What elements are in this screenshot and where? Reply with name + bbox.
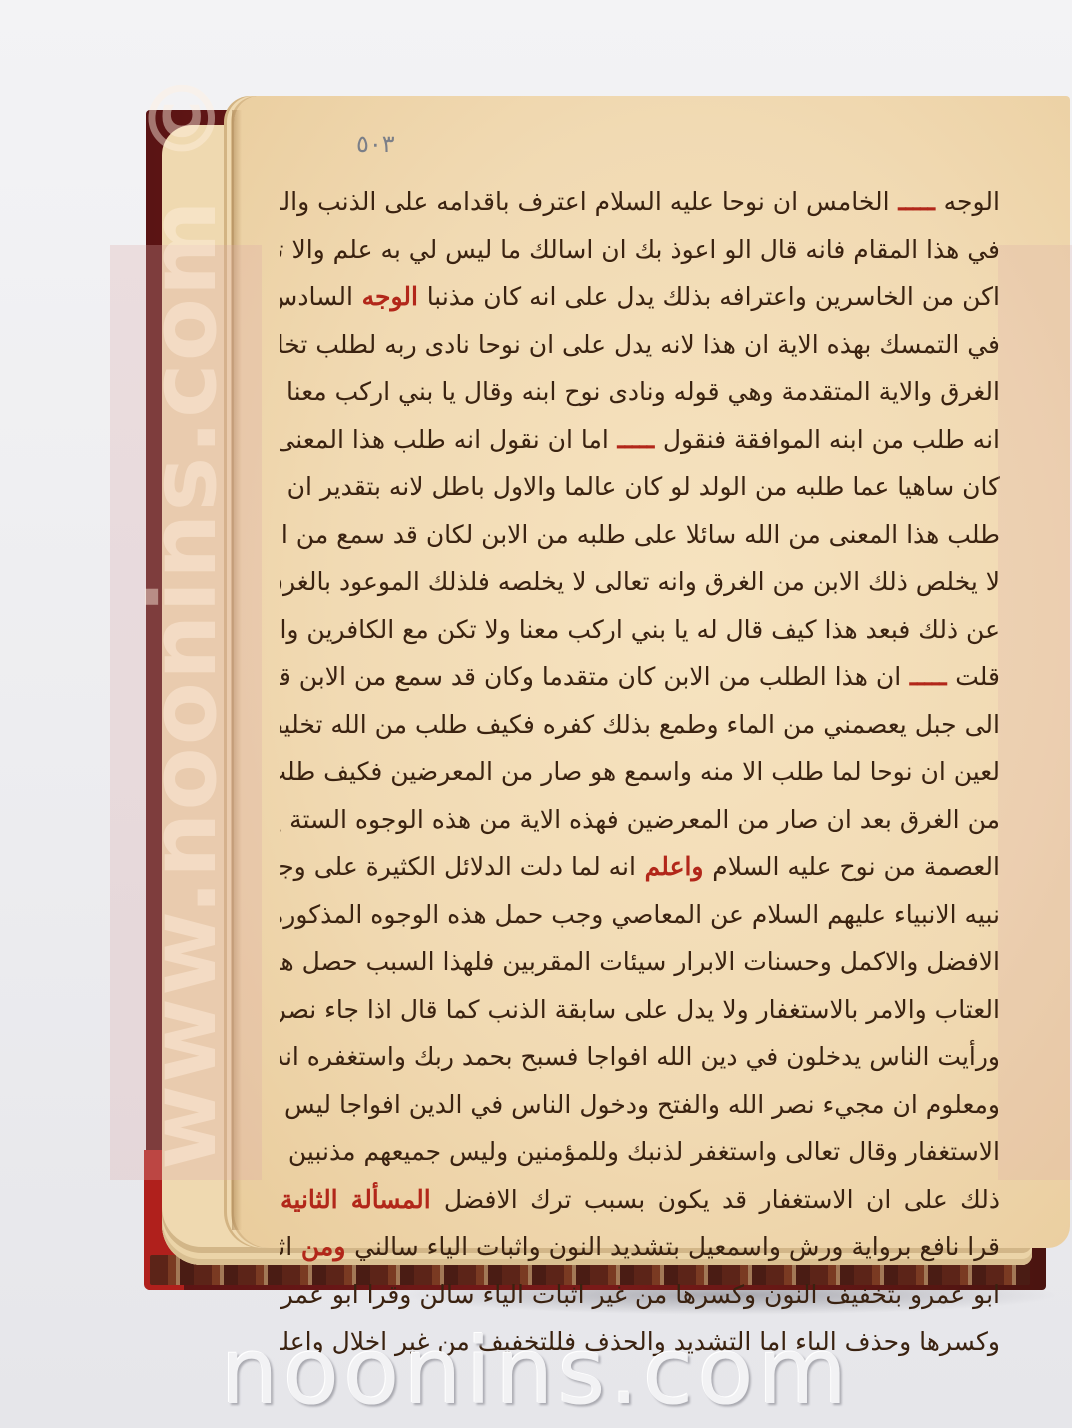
line-text-end: انه لما دلت الدلائل الكثيرة على وجوب — [280, 852, 636, 881]
line-text-end: الافضل والاكمل وحسنات الابرار سيئات المق… — [280, 947, 1000, 976]
text-line: قلت ـــــ ان هذا الطلب من الابن كان متقد… — [280, 653, 1000, 701]
text-line: الغرق والاية المتقدمة وهي قوله ونادى نوح… — [280, 368, 1000, 416]
text-line: الافضل والاكمل وحسنات الابرار سيئات المق… — [280, 938, 1000, 986]
text-line: في التمسك بهذه الاية ان هذا لانه يدل على… — [280, 321, 1000, 369]
text-line: طلب هذا المعنى من الله سائلا على طلبه من… — [280, 511, 1000, 559]
folio-number: ٥٠٣ — [356, 130, 395, 158]
text-line: الى جبل يعصمني من الماء وطمع بذلك كفره ف… — [280, 701, 1000, 749]
text-line: الوجه ـــــ الخامس ان نوحا عليه السلام ا… — [280, 178, 1000, 226]
line-text-end: ان هذا الطلب من الابن كان متقدما وكان قد… — [280, 662, 901, 691]
line-text-end: لا يخلص ذلك الابن من الغرق وانه تعالى لا… — [280, 567, 1000, 596]
text-line: ذلك على ان الاستغفار قد يكون بسبب ترك ال… — [280, 1176, 1000, 1224]
text-line: انه طلب من ابنه الموافقة فنقول ـــــ اما… — [280, 416, 1000, 464]
text-line: كان ساهيا عما طلبه من الولد لو كان عالما… — [280, 463, 1000, 511]
line-text-end: السادس — [280, 282, 353, 311]
line-text-start: العصمة من نوح عليه السلام — [712, 852, 1000, 881]
text-line: لعين ان نوحا لما طلب الا منه واسمع هو صا… — [280, 748, 1000, 796]
rubric-marker: ـــــ — [901, 662, 955, 691]
line-text-start: انه طلب من ابنه الموافقة فنقول — [663, 425, 1000, 454]
line-text-end: الى جبل يعصمني من الماء وطمع بذلك كفره ف… — [280, 710, 1000, 739]
text-line: لا يخلص ذلك الابن من الغرق وانه تعالى لا… — [280, 558, 1000, 606]
watermark-bottom: noonins.com — [0, 1318, 1072, 1425]
rubric-marker: ـــــ — [890, 187, 944, 216]
watermark-left-text: www.noonins.com © — [130, 70, 237, 1170]
rubric-marker: الوجه — [353, 282, 427, 311]
line-text-end: من الغرق بعد ان صار من المعرضين فهذه الا… — [280, 805, 1000, 834]
rubric-marker: المسألة الثانية — [280, 1185, 444, 1214]
line-text-end: ورأيت الناس يدخلون في دين الله افواجا فس… — [280, 1042, 1000, 1071]
line-text-end: في التمسك بهذه الاية ان هذا لانه يدل على… — [280, 330, 1000, 359]
rubric-marker: ـــــ — [609, 425, 663, 454]
text-line: اكن من الخاسرين واعترافه بذلك يدل على ان… — [280, 273, 1000, 321]
rubric-marker: ومن — [292, 1232, 354, 1261]
line-text-start: الوجه — [944, 187, 1000, 216]
line-text-end: العتاب والامر بالاستغفار ولا يدل على ساب… — [280, 995, 1000, 1024]
text-line: ورأيت الناس يدخلون في دين الله افواجا فس… — [280, 1033, 1000, 1081]
line-text-start: ذلك على ان الاستغفار قد يكون بسبب ترك ال… — [444, 1185, 1000, 1214]
line-text-end: طلب هذا المعنى من الله سائلا على طلبه من… — [280, 520, 1000, 549]
text-line: عن ذلك فبعد هذا كيف قال له يا بني اركب م… — [280, 606, 1000, 654]
line-text-end: اما ان نقول انه طلب هذا المعنى من الله ت… — [280, 425, 609, 454]
text-line: الاستغفار وقال تعالى واستغفر لذنبك وللمؤ… — [280, 1128, 1000, 1176]
line-text-end: الغرق والاية المتقدمة وهي قوله ونادى نوح… — [280, 377, 1000, 406]
line-text-end: في هذا المقام فانه قال الو اعوذ بك ان اس… — [280, 235, 1000, 264]
text-line: العصمة من نوح عليه السلام واعلم انه لما … — [280, 843, 1000, 891]
text-line: ومعلوم ان مجيء نصر الله والفتح ودخول الن… — [280, 1081, 1000, 1129]
line-text-end: كان ساهيا عما طلبه من الولد لو كان عالما… — [280, 472, 1000, 501]
line-text-end: لعين ان نوحا لما طلب الا منه واسمع هو صا… — [280, 757, 1000, 786]
line-text-end: ومعلوم ان مجيء نصر الله والفتح ودخول الن… — [280, 1090, 1000, 1119]
manuscript-text: الوجه ـــــ الخامس ان نوحا عليه السلام ا… — [280, 178, 1000, 1366]
text-line: قرا نافع برواية ورش واسمعيل بتشديد النون… — [280, 1223, 1000, 1271]
line-text-end: عن ذلك فبعد هذا كيف قال له يا بني اركب م… — [280, 615, 1000, 644]
line-text-start: قلت — [955, 662, 1000, 691]
line-text-start: اكن من الخاسرين واعترافه بذلك يدل على ان… — [427, 282, 1000, 311]
text-line: من الغرق بعد ان صار من المعرضين فهذه الا… — [280, 796, 1000, 844]
line-text-end: ابو عمرو بتخفيف النون وكسرها من غير اثبا… — [280, 1280, 1000, 1309]
text-line: في هذا المقام فانه قال الو اعوذ بك ان اس… — [280, 226, 1000, 274]
line-text-end: نبيه الانبياء عليهم السلام عن المعاصي وج… — [280, 900, 1000, 929]
line-text-end: الاستغفار وقال تعالى واستغفر لذنبك وللمؤ… — [280, 1137, 1000, 1166]
line-text-start: قرا نافع برواية ورش واسمعيل بتشديد النون… — [354, 1232, 1000, 1261]
text-line: نبيه الانبياء عليهم السلام عن المعاصي وج… — [280, 891, 1000, 939]
rubric-marker: واعلم — [636, 852, 712, 881]
line-text-end: اثبت — [280, 1232, 292, 1261]
watermark-right-band — [998, 245, 1072, 1180]
line-text-end: الخامس ان نوحا عليه السلام اعترف باقدامه… — [280, 187, 890, 216]
text-line: العتاب والامر بالاستغفار ولا يدل على ساب… — [280, 986, 1000, 1034]
text-line: ابو عمرو بتخفيف النون وكسرها من غير اثبا… — [280, 1271, 1000, 1319]
